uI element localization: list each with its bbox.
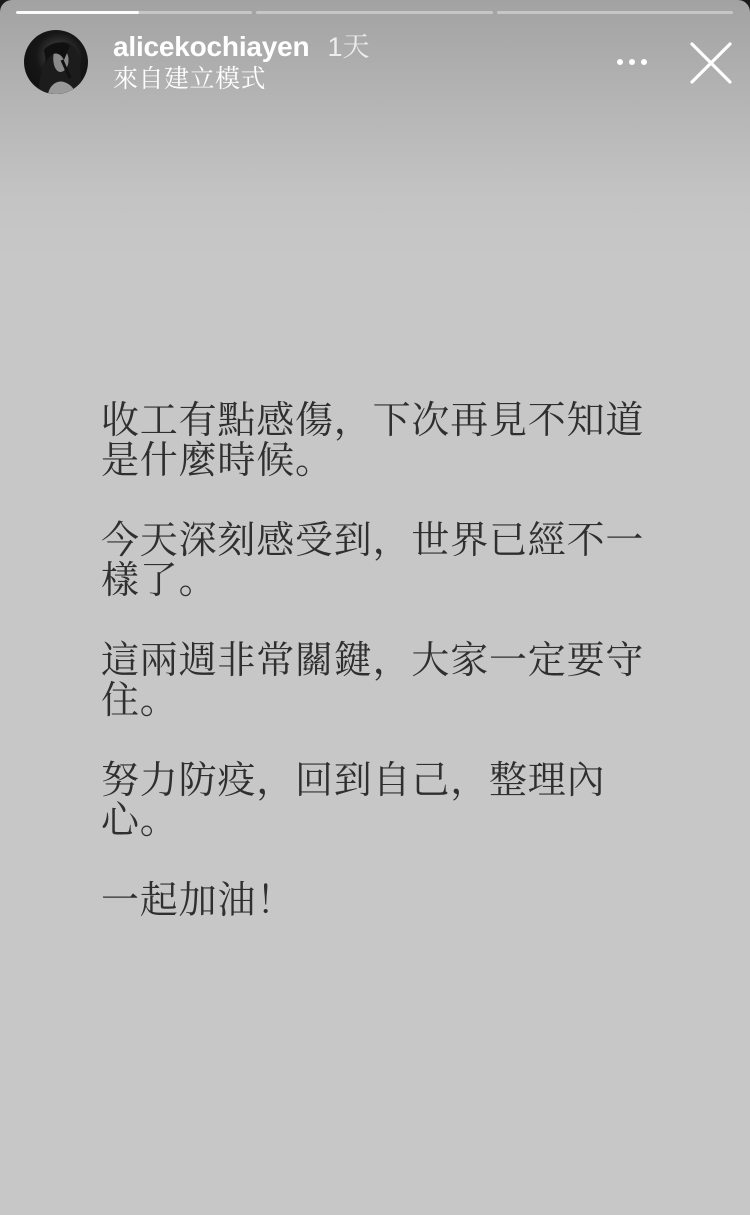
profile-photo-icon xyxy=(24,30,88,94)
story-paragraph: 努力防疫，回到自己，整理內心。 xyxy=(101,760,661,840)
story-paragraph: 收工有點感傷，下次再見不知道是什麼時候。 xyxy=(101,400,661,480)
progress-segment-1 xyxy=(16,11,252,14)
more-horizontal-icon xyxy=(641,59,647,65)
close-icon xyxy=(689,41,733,85)
close-button[interactable] xyxy=(689,41,733,85)
progress-segment-3 xyxy=(497,11,733,14)
story-viewer[interactable]: alicekochiayen 1天 來自建立模式 收工有點感傷，下次再見不知道是… xyxy=(0,0,750,1215)
username-link[interactable]: alicekochiayen xyxy=(113,30,309,64)
story-header: alicekochiayen 1天 來自建立模式 xyxy=(24,30,734,94)
more-horizontal-icon xyxy=(629,59,635,65)
story-text-content: 收工有點感傷，下次再見不知道是什麼時候。 今天深刻感受到，世界已經不一樣了。 這… xyxy=(101,400,661,920)
story-progress-bar xyxy=(16,11,733,14)
story-paragraph: 今天深刻感受到，世界已經不一樣了。 xyxy=(101,520,661,600)
story-paragraph: 這兩週非常關鍵，大家一定要守住。 xyxy=(101,640,661,720)
progress-segment-2 xyxy=(256,11,492,14)
more-options-button[interactable] xyxy=(610,50,654,74)
progress-fill xyxy=(16,11,139,14)
timestamp: 1天 xyxy=(327,30,369,64)
story-meta: alicekochiayen 1天 來自建立模式 xyxy=(113,30,369,94)
more-horizontal-icon xyxy=(617,59,623,65)
story-source-label[interactable]: 來自建立模式 xyxy=(113,64,369,94)
story-paragraph: 一起加油！ xyxy=(101,880,661,920)
avatar[interactable] xyxy=(24,30,88,94)
